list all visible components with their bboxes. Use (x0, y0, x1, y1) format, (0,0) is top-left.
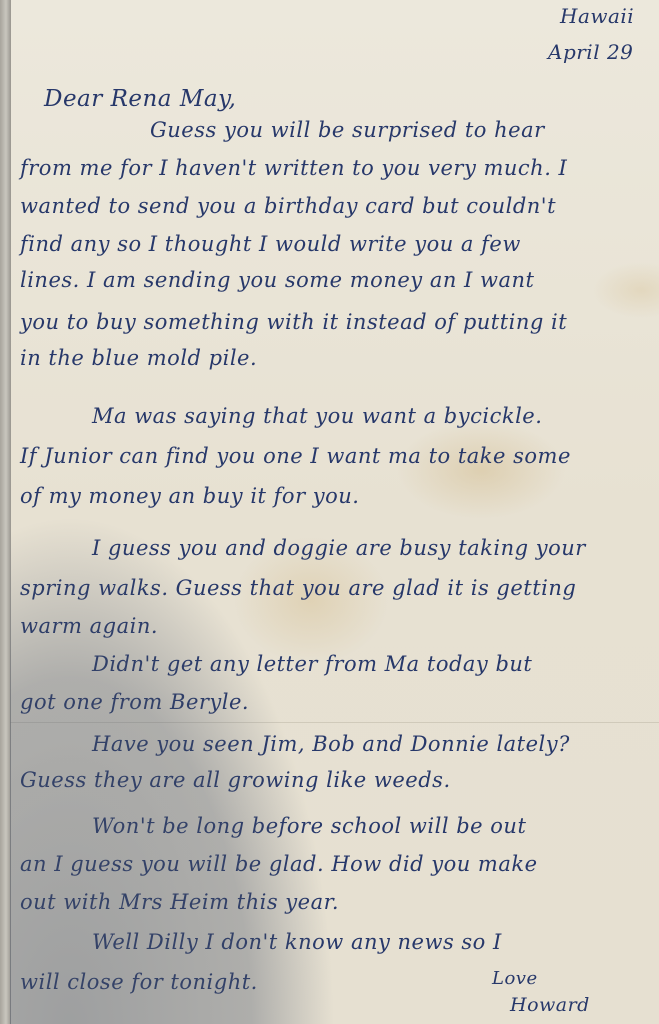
letter-line: of my money an buy it for you. (20, 484, 360, 508)
letter-line: you to buy something with it instead of … (20, 310, 567, 334)
letter-signature: Howard (510, 994, 590, 1016)
letter-place: Hawaii (560, 4, 634, 28)
letter-line: lines. I am sending you some money an I … (20, 268, 534, 292)
letter-line: in the blue mold pile. (20, 346, 257, 370)
letter-line: Guess you will be surprised to hear (150, 118, 545, 142)
letter-line: got one from Beryle. (20, 690, 249, 714)
letter-line: warm again. (20, 614, 158, 638)
letter-line: Guess they are all growing like weeds. (20, 768, 451, 792)
letter-line: find any so I thought I would write you … (20, 232, 521, 256)
letter-salutation: Dear Rena May, (44, 86, 236, 112)
letter-line: an I guess you will be glad. How did you… (20, 852, 538, 876)
letter-line: Didn't get any letter from Ma today but (92, 652, 532, 676)
letter-line: spring walks. Guess that you are glad it… (20, 576, 576, 600)
letter-line: will close for tonight. (20, 970, 258, 994)
letter-date: April 29 (548, 40, 633, 64)
letter-line: from me for I haven't written to you ver… (20, 156, 567, 180)
letter-line: I guess you and doggie are busy taking y… (92, 536, 586, 560)
letter-line: out with Mrs Heim this year. (20, 890, 339, 914)
letter-closing: Love (492, 968, 538, 989)
letter-line: wanted to send you a birthday card but c… (20, 194, 556, 218)
paper-fold-line (10, 722, 659, 723)
letter-line: Well Dilly I don't know any news so I (92, 930, 502, 954)
letter-line: Have you seen Jim, Bob and Donnie lately… (92, 732, 570, 756)
letter-line: Ma was saying that you want a bycickle. (92, 404, 542, 428)
letter-line: Won't be long before school will be out (92, 814, 526, 838)
letter-line: If Junior can find you one I want ma to … (20, 444, 571, 468)
